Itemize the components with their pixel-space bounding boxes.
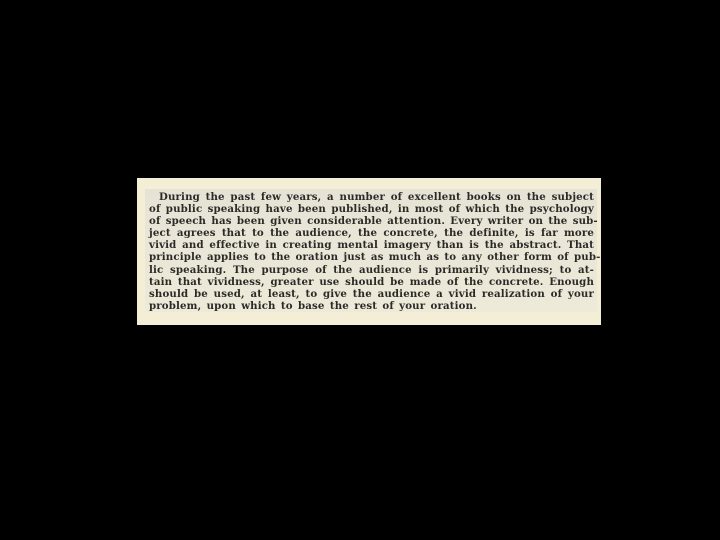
paragraph-line: of speech has been given considerable at… [149, 215, 594, 227]
paragraph-line: of public speaking have been published, … [149, 203, 594, 215]
paragraph-line: should be used, at least, to give the au… [149, 288, 594, 300]
paragraph-line: tain that vividness, greater use should … [149, 276, 594, 288]
paragraph-line: principle applies to the oration just as… [149, 251, 594, 263]
paragraph: During the past few years, a number of e… [149, 191, 594, 312]
text-block: During the past few years, a number of e… [145, 189, 597, 312]
paragraph-line: lic speaking. The purpose of the audienc… [149, 264, 594, 276]
paragraph-line: vivid and effective in creating mental i… [149, 239, 594, 251]
paragraph-line: ject agrees that to the audience, the co… [149, 227, 594, 239]
newspaper-clipping: During the past few years, a number of e… [137, 178, 601, 325]
paragraph-line: problem, upon which to base the rest of … [149, 300, 594, 312]
paragraph-line: During the past few years, a number of e… [149, 191, 594, 203]
